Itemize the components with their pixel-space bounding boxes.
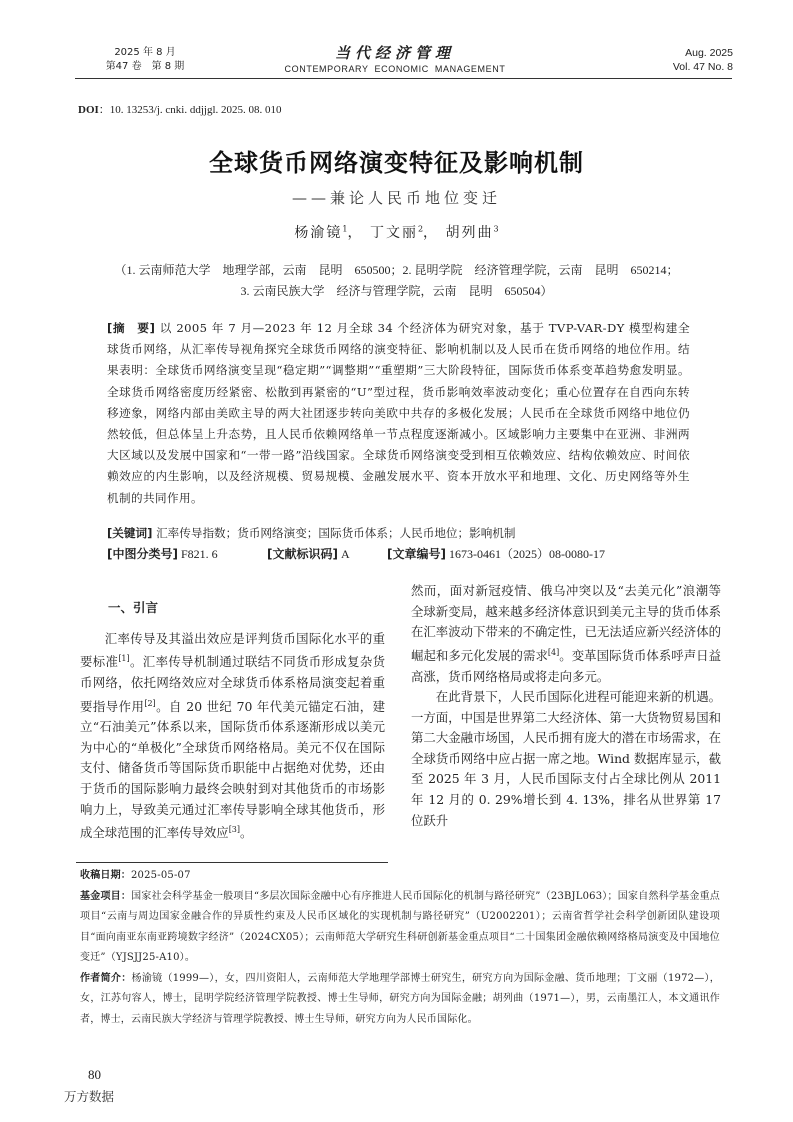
paragraph-text: 。 bbox=[240, 825, 252, 840]
article-number: [文章编号] 1673-0461（2025）08-0080-17 bbox=[387, 544, 707, 565]
page-number: 80 bbox=[88, 1067, 101, 1083]
body-paragraph: 在此背景下，人民币国际化进程可能迎来新的机遇。一方面，中国是世界第二大经济体、第… bbox=[411, 687, 721, 831]
article-number-label: [文章编号] bbox=[387, 547, 446, 561]
classification-line: [中图分类号] F821. 6 [文献标识码] A [文章编号] 1673-04… bbox=[107, 544, 707, 565]
fund-info: 基金项目：国家社会科学基金一般项目“多层次国际金融中心有序推进人民币国际化的机制… bbox=[80, 887, 720, 969]
author-affil-mark: 3 bbox=[494, 224, 499, 233]
author-name: 胡列曲 bbox=[446, 225, 494, 241]
doi-value[interactable]: ：10. 13253/j. cnki. ddjjgl. 2025. 08. 01… bbox=[99, 104, 282, 116]
received-value: 2025-05-07 bbox=[131, 870, 191, 881]
keywords: [关键词] 汇率传导指数；货币网络演变；国际货币体系；人民币地位；影响机制 bbox=[107, 523, 697, 544]
fund-text: 国家社会科学基金一般项目“多层次国际金融中心有序推进人民币国际化的机制与路径研究… bbox=[80, 891, 720, 964]
author-bio: 作者简介：杨渝镜（1999—），女，四川资阳人，云南师范大学地理学部博士研究生，… bbox=[80, 969, 720, 1031]
header-issue-en: Aug. 2025 Vol. 47 No. 8 bbox=[633, 46, 733, 74]
header-volume-en: Vol. 47 No. 8 bbox=[633, 60, 733, 74]
section-heading: 一、引言 bbox=[108, 598, 385, 619]
author-name: 杨渝镜 bbox=[294, 225, 342, 241]
affiliation-line: 3. 云南民族大学 经济与管理学院，云南 昆明 650504） bbox=[0, 281, 793, 302]
author-bio-label: 作者简介： bbox=[80, 973, 132, 984]
citation-ref[interactable]: [3] bbox=[229, 825, 240, 834]
abstract: [摘 要] 以 2005 年 7 月—2023 年 12 月全球 34 个经济体… bbox=[107, 318, 690, 509]
affiliation-line: （1. 云南师范大学 地理学部，云南 昆明 650500；2. 昆明学院 经济管… bbox=[0, 260, 793, 281]
author-bio-text: 杨渝镜（1999—），女，四川资阳人，云南师范大学地理学部博士研究生，研究方向为… bbox=[80, 973, 720, 1025]
affiliations: （1. 云南师范大学 地理学部，云南 昆明 650500；2. 昆明学院 经济管… bbox=[0, 260, 793, 302]
doc-code: [文献标识码] A bbox=[267, 544, 387, 565]
article-subtitle: ——兼论人民币地位变迁 bbox=[0, 187, 793, 208]
citation-ref[interactable]: [1] bbox=[118, 654, 129, 663]
footnotes: 收稿日期：2025-05-07 基金项目：国家社会科学基金一般项目“多层次国际金… bbox=[80, 866, 720, 1030]
body-column-left: 一、引言 汇率传导及其溢出效应是评判货币国际化水平的重要标准[1]。汇率传导机制… bbox=[80, 596, 385, 844]
citation-ref[interactable]: [2] bbox=[144, 699, 155, 708]
header-date-cn: 2025 年 8 月 bbox=[90, 46, 200, 60]
clc-code: [中图分类号] F821. 6 bbox=[107, 544, 267, 565]
doc-label: [文献标识码] bbox=[267, 547, 338, 561]
article-title: 全球货币网络演变特征及影响机制 bbox=[0, 143, 793, 178]
clc-value: F821. 6 bbox=[181, 547, 218, 561]
source-watermark: 万方数据 bbox=[64, 1087, 114, 1105]
abstract-label: [摘 要] bbox=[107, 321, 155, 335]
fund-label: 基金项目： bbox=[80, 891, 131, 902]
body-paragraph: 然而，面对新冠疫情、俄乌冲突以及“去美元化”浪潮等全球新变局，越来越多经济体意识… bbox=[411, 581, 721, 687]
doc-value: A bbox=[341, 547, 350, 561]
keywords-label: [关键词] bbox=[107, 526, 152, 540]
doi-line: DOI：10. 13253/j. cnki. ddjjgl. 2025. 08.… bbox=[78, 101, 282, 117]
body-column-right: 然而，面对新冠疫情、俄乌冲突以及“去美元化”浪潮等全球新变局，越来越多经济体意识… bbox=[411, 581, 721, 831]
author-name: 丁文丽 bbox=[370, 225, 418, 241]
body-paragraph: 汇率传导及其溢出效应是评判货币国际化水平的重要标准[1]。汇率传导机制通过联结不… bbox=[80, 629, 385, 844]
abstract-text: 以 2005 年 7 月—2023 年 12 月全球 34 个经济体为研究对象，… bbox=[107, 321, 690, 505]
received-date: 收稿日期：2025-05-07 bbox=[80, 866, 720, 887]
header-volume-cn: 第47 卷 第 8 期 bbox=[90, 60, 200, 74]
journal-name-en: CONTEMPORARY ECONOMIC MANAGEMENT bbox=[270, 62, 520, 76]
paragraph-text: 。自 20 世纪 70 年代美元锚定石油，建立“石油美元”体系以来，国际货币体系… bbox=[80, 699, 385, 841]
header-divider bbox=[75, 78, 732, 79]
author-separator: ， bbox=[348, 225, 364, 241]
footnote-divider bbox=[76, 862, 388, 863]
clc-label: [中图分类号] bbox=[107, 547, 178, 561]
journal-masthead: 当代经济管理 CONTEMPORARY ECONOMIC MANAGEMENT bbox=[270, 44, 520, 76]
citation-ref[interactable]: [4] bbox=[548, 648, 559, 657]
author-list: 杨渝镜1， 丁文丽2， 胡列曲3 bbox=[0, 222, 793, 242]
header-date-en: Aug. 2025 bbox=[633, 46, 733, 60]
author-separator: ， bbox=[423, 225, 439, 241]
doi-label: DOI bbox=[78, 104, 99, 116]
received-label: 收稿日期： bbox=[80, 870, 131, 881]
journal-name-cn: 当代经济管理 bbox=[270, 44, 520, 62]
article-number-value: 1673-0461（2025）08-0080-17 bbox=[449, 547, 605, 561]
header-issue-cn: 2025 年 8 月 第47 卷 第 8 期 bbox=[90, 46, 200, 74]
keywords-text: 汇率传导指数；货币网络演变；国际货币体系；人民币地位；影响机制 bbox=[156, 526, 515, 540]
